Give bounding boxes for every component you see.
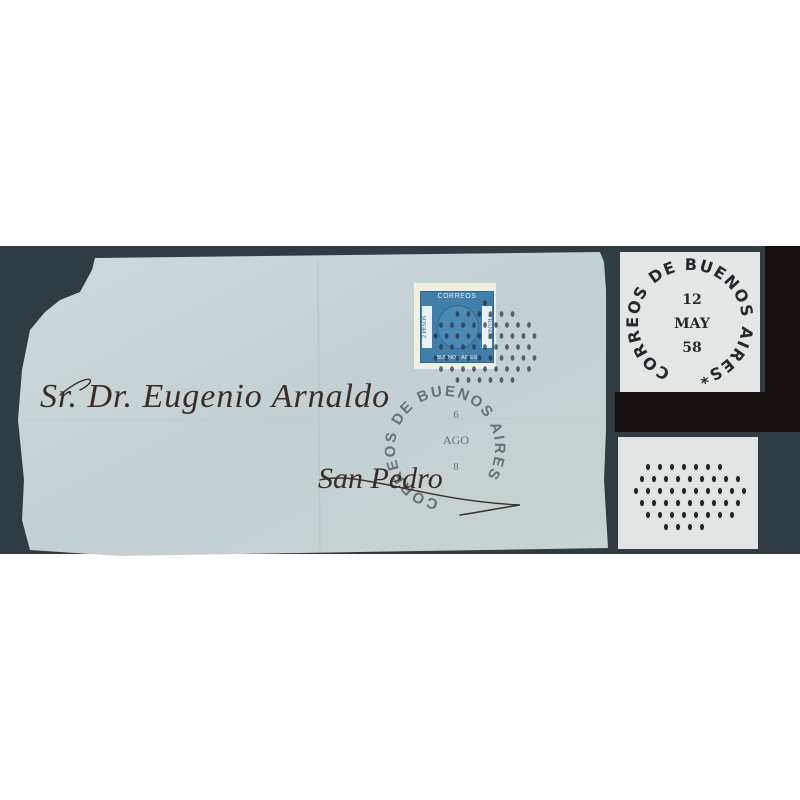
postmark-detail-inset: CORREOS DE BUENOS AIRES* 12 MAY 58 — [620, 252, 760, 392]
detail-day: 12 — [682, 292, 701, 308]
detail-month: MAY — [674, 316, 711, 332]
stamp-portrait-icon — [437, 305, 479, 349]
address-recipient: Sr. Dr. Eugenio Arnaldo — [40, 378, 390, 416]
stamp-value-label: 2 PESOS — [422, 306, 432, 348]
postage-stamp: CORREOS 2 PESOS FRANCO BUENOS AIRES — [414, 283, 496, 369]
stamp-bottom-label: BUENOS AIRES — [421, 355, 493, 361]
cancel-detail-inset — [618, 437, 758, 549]
dotted-oval-cancel-icon — [618, 437, 758, 549]
stamp-franco-label: FRANCO — [482, 306, 492, 348]
detail-year: 58 — [682, 340, 701, 356]
stamp-design: CORREOS 2 PESOS FRANCO BUENOS AIRES — [420, 291, 494, 363]
stamp-top-label: CORREOS — [421, 293, 493, 300]
address-town: San Pedro — [318, 462, 443, 496]
